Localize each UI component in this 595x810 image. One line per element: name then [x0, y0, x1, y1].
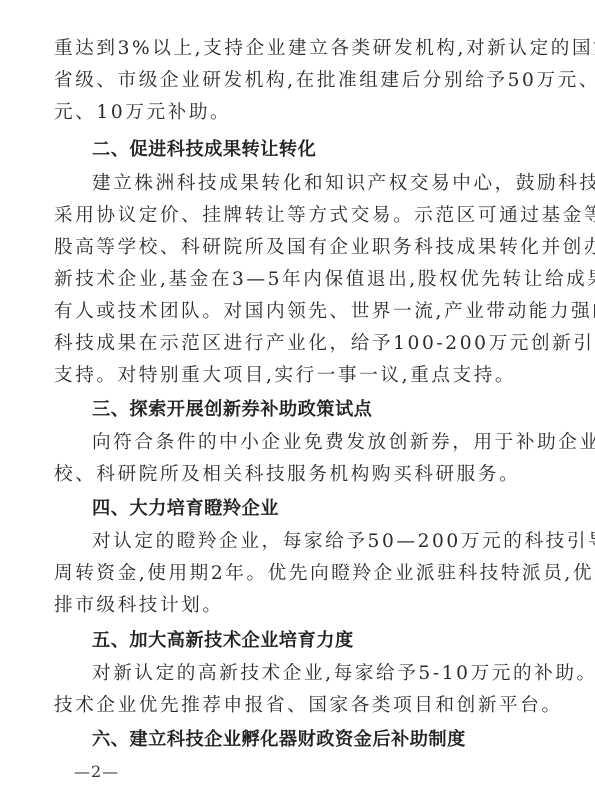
paragraph-line: 排市级科技计划。 — [54, 590, 542, 622]
section-heading: 二、促进科技成果转让转化 — [92, 134, 542, 166]
section-heading: 六、建立科技企业孵化器财政资金后补助制度 — [92, 724, 542, 756]
section-heading: 三、探索开展创新券补助政策试点 — [92, 394, 542, 426]
paragraph-line: 对认定的瞪羚企业，每家给予50—200万元的科技引导免息 — [92, 526, 542, 558]
paragraph-line: 支持。对特别重大项目,实行一事一议,重点支持。 — [54, 360, 542, 392]
section-heading: 四、大力培育瞪羚企业 — [92, 493, 542, 525]
paragraph-line: 采用协议定价、挂牌转让等方式交易。示范区可通过基金等形式入 — [54, 200, 542, 232]
page-number: —2— — [74, 760, 119, 784]
paragraph-line: 向符合条件的中小企业免费发放创新券，用于补助企业向高 — [92, 427, 542, 459]
paragraph-line: 技术企业优先推荐申报省、国家各类项目和创新平台。 — [54, 690, 542, 722]
document-page: 重达到3%以上,支持企业建立各类研发机构,对新认定的国家级、省级、市级企业研发机… — [0, 0, 595, 810]
paragraph-line: 股高等学校、科研院所及国有企业职务科技成果转化并创办的高 — [54, 232, 542, 264]
paragraph-line: 元、10万元补助。 — [54, 97, 542, 129]
paragraph-line: 新技术企业,基金在3—5年内保值退出,股权优先转让给成果持 — [54, 264, 542, 296]
paragraph-line: 重达到3%以上,支持企业建立各类研发机构,对新认定的国家级、 — [54, 33, 542, 65]
paragraph-line: 建立株洲科技成果转化和知识产权交易中心，鼓励科技成果 — [92, 168, 542, 200]
paragraph-line: 校、科研院所及相关科技服务机构购买科研服务。 — [54, 459, 542, 491]
paragraph-line: 有人或技术团队。对国内领先、世界一流,产业带动能力强的创新 — [54, 296, 542, 328]
paragraph-line: 科技成果在示范区进行产业化，给予100-200万元创新引导资金 — [54, 328, 542, 360]
paragraph-line: 省级、市级企业研发机构,在批准组建后分别给予50万元、20万 — [54, 65, 542, 97]
section-heading: 五、加大高新技术企业培育力度 — [92, 625, 542, 657]
paragraph-line: 对新认定的高新技术企业,每家给予5-10万元的补助。高新 — [92, 658, 542, 690]
paragraph-line: 周转资金,使用期2年。优先向瞪羚企业派驻科技特派员,优先安 — [54, 558, 542, 590]
